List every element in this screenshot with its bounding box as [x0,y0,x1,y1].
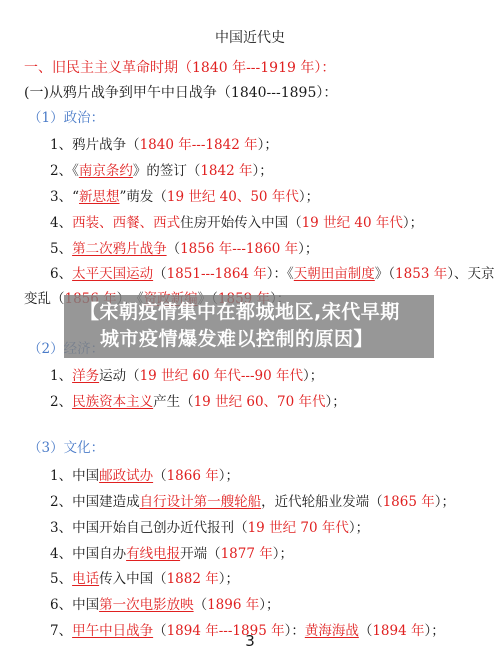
culture-item-4: 4、中国自办有线电报开端（1877 年）； [50,545,293,563]
item-text: ）； [303,368,323,384]
item-number: 3、 [50,189,72,205]
page-number: 3 [0,632,500,650]
item-keyword: 天朝田亩制度 [294,266,375,282]
subsection-heading: (一)从鸦片战争到甲午中日战争（1840---1895）： [24,84,337,102]
item-date: 1866 年 [167,468,219,484]
item-text: ）； [403,215,423,231]
item-text: 传入中国（ [99,571,167,587]
item-text: ）； [349,520,369,536]
politics-item-4: 4、西装、西餐、西式住房开始传入中国（19 世纪 40 年代）； [50,214,423,232]
item-text: ）； [259,597,279,613]
item-text: 中国开始自己创办近代报刊（ [72,520,248,536]
politics-item-5: 5、第二次鸦片战争（1856 年---1860 年）； [50,240,318,258]
item-number: 3、 [50,520,72,536]
culture-item-6: 6、中国第一次电影放映（1896 年）； [50,596,280,614]
item-date: 19 世纪 60、70 年代 [194,394,326,410]
overlay-line-1: 【宋朝疫情集中在都城地区,宋代早期 [80,301,400,323]
item-date: 1896 年 [207,597,259,613]
item-text: “ [72,189,79,205]
item-text: ）； [219,468,239,484]
item-text: ”萌发（ [120,189,167,205]
document-title: 中国近代史 [0,29,500,47]
item-number: 6、 [50,266,72,282]
item-keyword: 邮政试办 [99,468,153,484]
item-keyword: 太平天国运动 [72,266,153,282]
item-text: （ [153,266,167,282]
item-text: 鸦片战争（ [72,137,140,153]
economy-item-2: 2、民族资本主义产生（19 世纪 60、70 年代）； [50,393,346,411]
document-page: 中国近代史 一、旧民主主义革命时期（1840 年---1919 年）： (一)从… [0,0,500,654]
item-number: 2、 [50,163,72,179]
item-text: 变乱（ [24,291,65,307]
item-date: 1856 年---1860 年 [180,241,298,257]
culture-item-3: 3、中国开始自己创办近代报刊（19 世纪 70 年代）； [50,519,369,537]
item-text: 》（ [375,266,395,282]
item-text: （ [167,241,181,257]
item-date: 1865 年 [383,494,435,510]
item-keyword: 电话 [72,571,99,587]
item-text: ）； [273,546,293,562]
item-keyword: 民族资本主义 [72,394,153,410]
item-text: ）：《 [267,266,294,282]
item-text: 运动（ [99,368,140,384]
item-text: ）； [435,494,455,510]
culture-item-2: 2、中国建造成自行设计第一艘轮船，近代轮船业发端（1865 年）； [50,493,455,511]
culture-item-1: 1、中国邮政试办（1866 年）； [50,467,239,485]
economy-item-1: 1、洋务运动（19 世纪 60 年代---90 年代）； [50,367,323,385]
item-number: 2、 [50,394,72,410]
item-keyword: 第一次电影放映 [99,597,194,613]
item-text: 产生（ [153,394,194,410]
item-number: 5、 [50,571,72,587]
culture-heading: （3）文化： [28,439,104,457]
item-date: 1882 年 [167,571,219,587]
item-text: 中国建造成 [72,494,140,510]
item-number: 4、 [50,215,72,231]
item-keyword: 第二次鸦片战争 [72,241,167,257]
item-text: 开端（ [180,546,221,562]
item-number: 5、 [50,241,72,257]
item-text: 住房开始传入中国（ [180,215,302,231]
item-date: 19 世纪 70 年代 [248,520,349,536]
item-text: 中国自办 [72,546,126,562]
item-date: 19 世纪 40 年代 [302,215,403,231]
item-text: ）； [299,189,319,205]
section-heading: 一、旧民主主义革命时期（1840 年---1919 年）： [24,59,335,77]
overlay-line-2: 城市疫情爆发难以控制的原因】 [80,326,420,353]
item-text: 》的签订（ [133,163,201,179]
item-number: 1、 [50,137,72,153]
item-text: 《 [72,163,79,179]
item-text: ，近代轮船业发端（ [261,494,383,510]
item-date: 1877 年 [221,546,273,562]
item-number: 4、 [50,546,72,562]
item-keyword: 有线电报 [126,546,180,562]
item-date: 19 世纪 40、50 年代 [167,189,299,205]
title-overlay-banner: 【宋朝疫情集中在都城地区,宋代早期 城市疫情爆发难以控制的原因】 [64,295,434,358]
item-keyword: 新思想 [79,189,120,205]
item-keyword: 洋务 [72,368,99,384]
item-number: 2、 [50,494,72,510]
item-date: 19 世纪 60 年代---90 年代 [140,368,303,384]
item-text: ）； [298,241,318,257]
item-date: 1851---1864 年 [167,266,267,282]
politics-item-1: 1、鸦片战争（1840 年---1842 年）； [50,136,278,154]
item-text: 中国 [72,597,99,613]
item-keyword: 西装、西餐、西式 [72,215,180,231]
politics-item-2: 2、《南京条约》的签订（1842 年）； [50,162,273,180]
politics-item-6: 6、太平天国运动（1851---1864 年）：《天朝田亩制度》（1853 年）… [50,265,494,283]
item-text: ）； [219,571,239,587]
item-date: 1840 年---1842 年 [140,137,258,153]
item-date: 1842 年 [200,163,252,179]
politics-heading: （1）政治： [28,109,104,127]
item-date: 1853 年 [395,266,447,282]
item-number: 6、 [50,597,72,613]
item-text: 中国 [72,468,99,484]
item-keyword: 自行设计第一艘轮船 [140,494,262,510]
item-number: 1、 [50,468,72,484]
item-text: （ [194,597,208,613]
item-text: ）； [253,163,273,179]
culture-item-5: 5、电话传入中国（1882 年）； [50,570,239,588]
politics-item-3: 3、“新思想”萌发（19 世纪 40、50 年代）； [50,188,319,206]
item-text: ）； [326,394,346,410]
item-number: 1、 [50,368,72,384]
item-text: （ [153,468,167,484]
item-text: ）； [258,137,278,153]
item-keyword: 南京条约 [79,163,133,179]
item-text: ）、天京 [447,266,494,282]
